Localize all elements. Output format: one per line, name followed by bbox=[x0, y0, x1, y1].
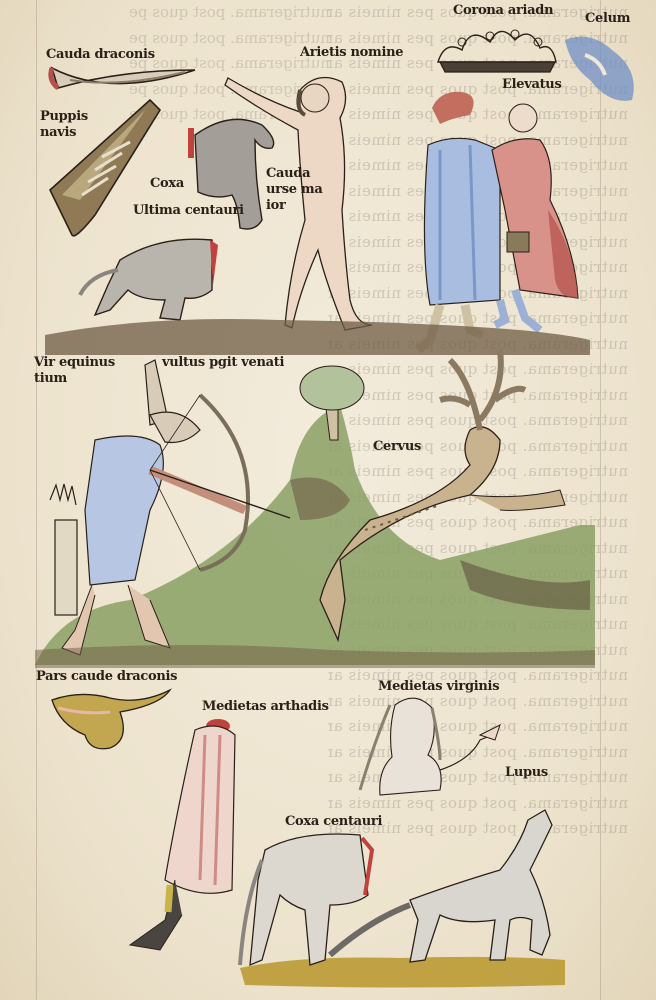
label-cauda-urse-2: urse ma bbox=[266, 183, 323, 197]
label-medietas-arthadis: Medietas arthadis bbox=[202, 700, 329, 714]
label-puppis: Puppis bbox=[40, 110, 88, 124]
label-vultus-pgit: vultus pgit venati bbox=[162, 356, 284, 370]
label-ultima-centauri: Ultima centauri bbox=[133, 204, 244, 218]
horse-hindquarters-figure bbox=[240, 834, 372, 965]
crown-figure bbox=[438, 30, 556, 72]
ground-strip-top bbox=[45, 319, 590, 355]
quiver-figure bbox=[50, 484, 77, 615]
headless-robed-figure bbox=[130, 719, 235, 950]
label-elevatus: Elevatus bbox=[502, 78, 561, 92]
ground-strip-bottom bbox=[240, 957, 565, 988]
label-cauda-urse-3: ior bbox=[266, 199, 286, 213]
illustrations bbox=[0, 0, 656, 1000]
two-figures-figure bbox=[418, 92, 578, 350]
label-vir-equinus: Vir equinus bbox=[34, 356, 115, 370]
label-vir-equinus-2: tium bbox=[34, 372, 67, 386]
label-pars-caude: Pars caude draconis bbox=[36, 670, 177, 684]
coiled-dragon-tail-figure bbox=[52, 690, 170, 749]
label-celum: Celum bbox=[585, 12, 630, 26]
label-coxa-centauri: Coxa centauri bbox=[285, 815, 382, 829]
label-corona: Corona ariadn bbox=[453, 4, 553, 18]
label-arietis: Arietis nomine bbox=[300, 46, 403, 60]
centaur-hindquarters-figure bbox=[80, 239, 218, 320]
celum-figure bbox=[565, 37, 634, 101]
label-cauda-draconis: Cauda draconis bbox=[46, 48, 155, 62]
manuscript-page: nutrigerama. post quos pes nimeis arthui… bbox=[0, 0, 656, 1000]
maiden-bust-figure bbox=[360, 698, 500, 795]
label-cauda-urse-1: Cauda bbox=[266, 167, 310, 181]
label-lupus: Lupus bbox=[505, 766, 548, 780]
label-coxa: Coxa bbox=[150, 177, 184, 191]
label-navis: navis bbox=[40, 126, 76, 140]
label-cervus: Cervus bbox=[373, 440, 421, 454]
dragon-tail-figure bbox=[51, 68, 195, 88]
label-medietas-virginis: Medietas virginis bbox=[378, 680, 499, 694]
